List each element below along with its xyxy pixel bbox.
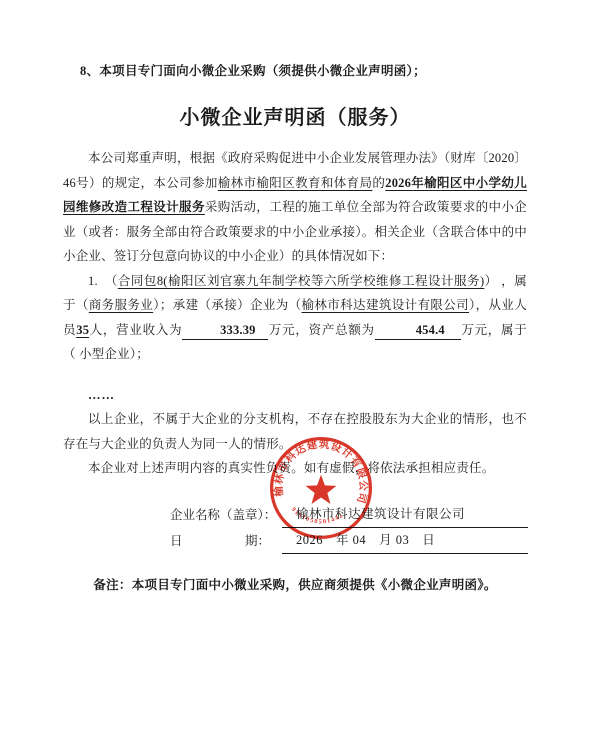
item1-text: 1. （ (88, 274, 118, 288)
industry-name: 商务服务业 (89, 298, 153, 312)
signature-block: 企业名称（盖章）： 榆林市科达建筑设计有限公司 日 期： 2026 年 04 月… (170, 502, 527, 554)
item1-text: 人，营业收入为 (89, 323, 182, 337)
p1-text: 的 (372, 176, 385, 190)
procurement-clause: 8、本项目专门面向小微企业采购（须提供小微企业声明函）； (80, 63, 527, 79)
company-name-signature: 榆林市科达建筑设计有限公司 (282, 502, 528, 528)
declaration-paragraph: 本公司郑重声明，根据《政府采购促进中小企业发展管理办法》（财库〔2020〕46号… (63, 146, 527, 269)
contract-package-name: 合同包8(榆阳区刘官寨九年制学校等六所学校维修工程设计服务) (118, 274, 485, 288)
employee-count: 35 (76, 323, 89, 337)
document-title: 小微企业声明函（服务） (63, 104, 527, 132)
contractor-company-name: 榆林市科达建筑设计有限公司 (302, 298, 469, 312)
revenue-value: 333.39 (182, 322, 268, 340)
footer-note: 备注：本项目专门面中小微业采购，供应商须提供《小微企业声明函》。 (63, 575, 527, 593)
assets-value: 454.4 (375, 322, 461, 340)
responsibility-paragraph: 本企业对上述声明内容的真实性负责。如有虚假，将依法承担相应责任。 (63, 456, 527, 481)
no-affiliation-paragraph: 以上企业，不属于大企业的分支机构，不存在控股股东为大企业的情形，也不存在与大企业… (63, 407, 527, 456)
date-value: 2026 年 04 月 03 日 (282, 528, 528, 554)
item1-text: ）；承建（承接）企业为（ (153, 298, 301, 312)
ellipsis-placeholder: …… (63, 383, 527, 408)
contract-item-paragraph: 1. （合同包8(榆阳区刘官寨九年制学校等六所学校维修工程设计服务)） ，属于（… (63, 269, 527, 367)
document-content: 8、本项目专门面向小微企业采购（须提供小微企业声明函）； 小微企业声明函（服务）… (0, 0, 589, 593)
date-row: 日 期： 2026 年 04 月 03 日 (170, 528, 528, 554)
date-label: 日 期： (170, 529, 282, 554)
company-name-label: 企业名称（盖章）： (170, 503, 282, 528)
item1-text: 万元，资产总额为 (268, 323, 374, 337)
declaration-document-page: 8、本项目专门面向小微企业采购（须提供小微企业声明函）； 小微企业声明函（服务）… (0, 0, 589, 754)
purchaser-name: 榆林市榆阳区教育和体育局 (218, 176, 373, 190)
company-name-row: 企业名称（盖章）： 榆林市科达建筑设计有限公司 (170, 502, 528, 528)
